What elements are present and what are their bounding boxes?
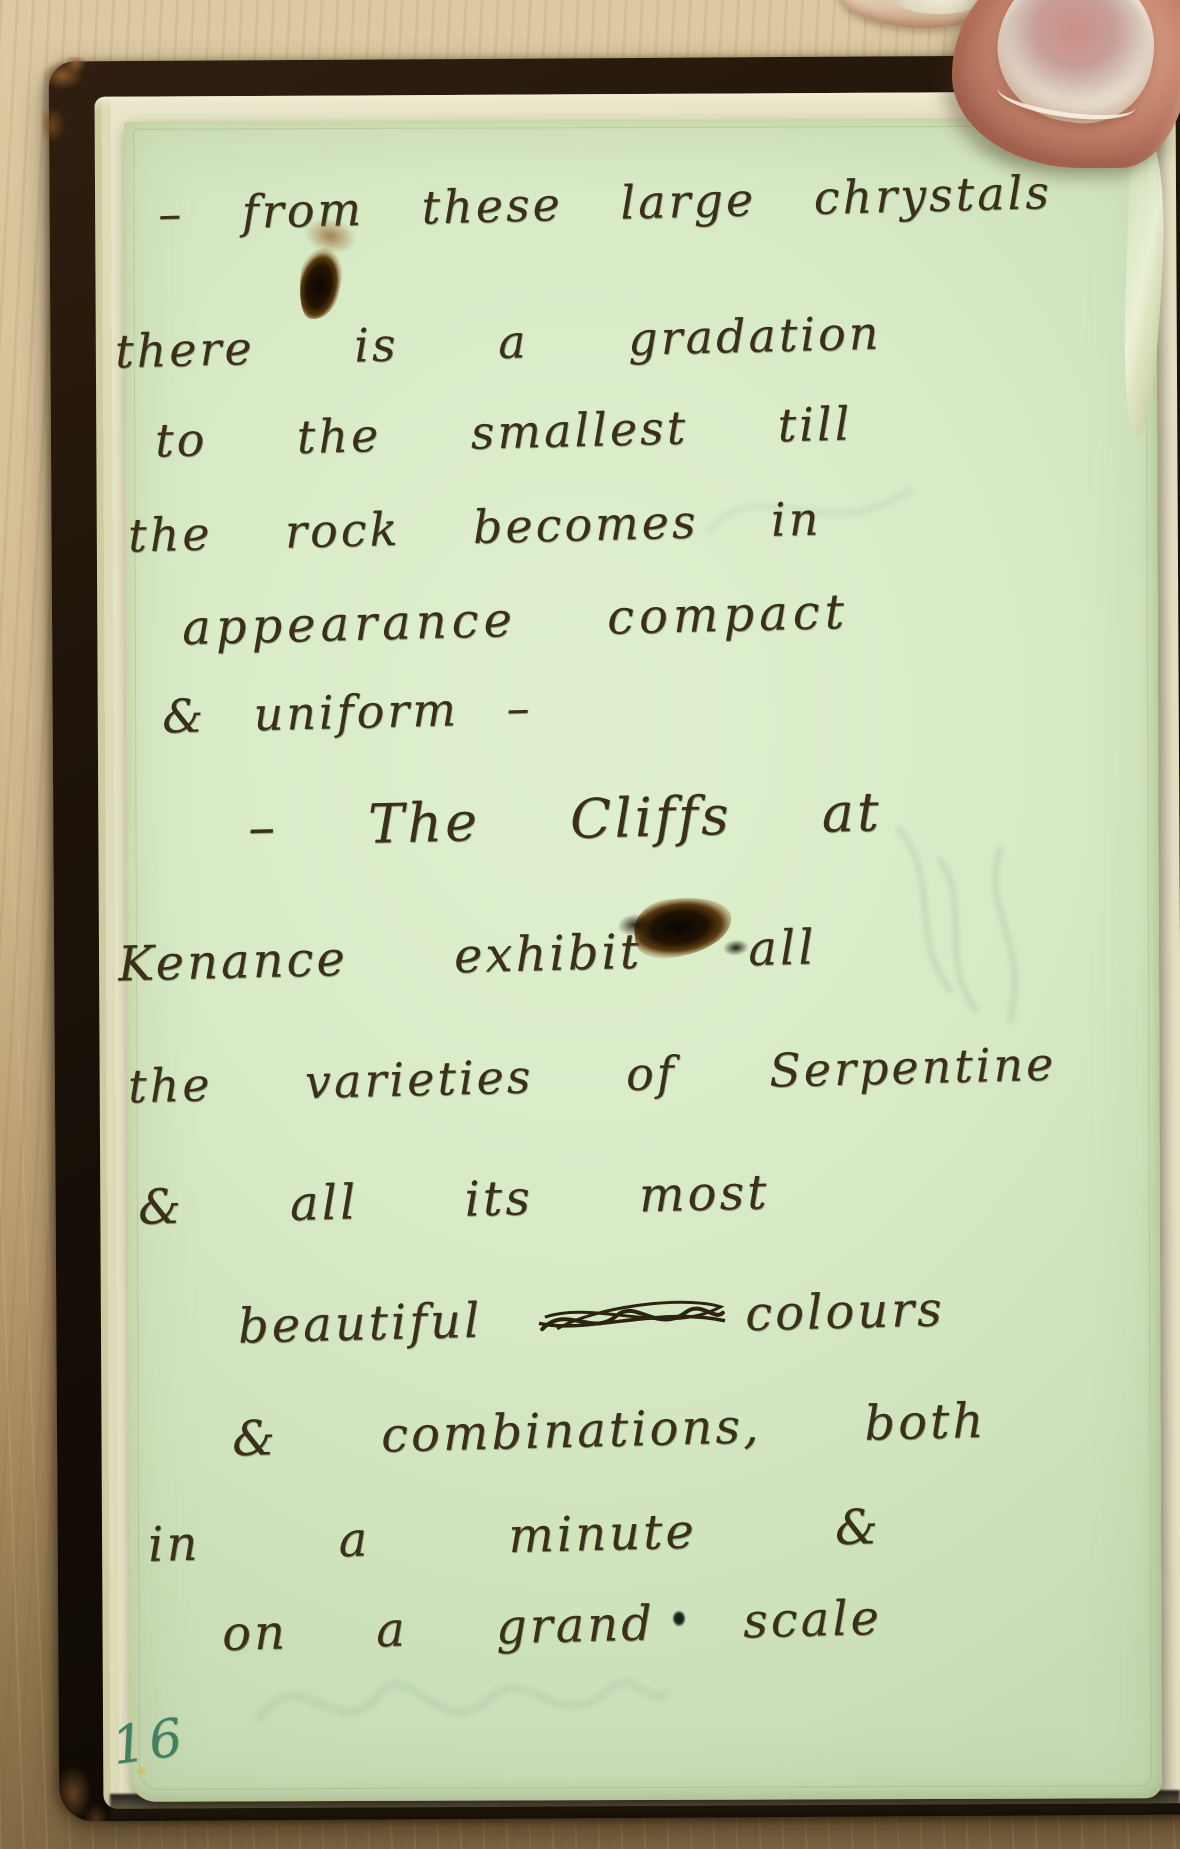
word-colours: colours bbox=[745, 1281, 946, 1342]
ink-showthrough bbox=[880, 820, 1080, 1040]
page-number: 16 bbox=[108, 1707, 190, 1777]
thumb bbox=[952, 0, 1180, 168]
struck-word-scribble bbox=[537, 1295, 728, 1356]
manuscript-line-6: & uniform – bbox=[161, 680, 533, 743]
photo-scene: – from these large chrystals there is a … bbox=[0, 0, 1180, 1849]
foxing-spot bbox=[136, 1766, 148, 1776]
ink-showthrough bbox=[250, 1648, 670, 1758]
word-beautiful: beautiful bbox=[237, 1293, 483, 1355]
